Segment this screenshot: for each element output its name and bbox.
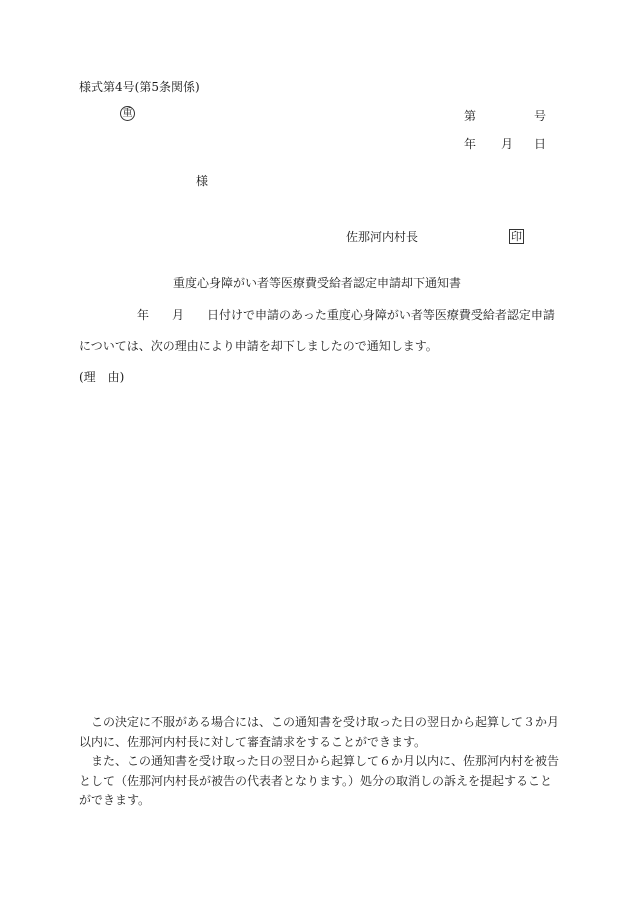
notice-line: として（佐那河内村長が被告の代表者となります。）処分の取消しの訴えを提起すること — [79, 772, 549, 792]
addressee-honorific: 様 — [196, 175, 208, 187]
circled-mark-icon: 重 — [120, 106, 135, 121]
reason-label: (理 由) — [79, 371, 124, 383]
notice-line: 以内に、佐那河内村長に対して審査請求をすることができます。 — [79, 733, 549, 753]
date-year-label: 年 — [464, 138, 476, 150]
doc-number-prefix: 第 — [464, 110, 476, 122]
body-text-line-1: 日付けで申請のあった重度心身障がい者等医療費受給者認定申請 — [207, 309, 555, 321]
body-year-label: 年 — [137, 309, 149, 321]
date-day-label: 日 — [534, 138, 546, 150]
doc-number-suffix: 号 — [534, 110, 546, 122]
notice-line: この決定に不服がある場合には、この通知書を受け取った日の翌日から起算して３か月 — [79, 713, 549, 733]
date-month-label: 月 — [501, 138, 513, 150]
body-month-label: 月 — [172, 309, 184, 321]
seal-icon: 印 — [509, 229, 524, 244]
body-text-line-2: については、次の理由により申請を却下しましたので通知します。 — [79, 340, 438, 352]
appeal-notice: この決定に不服がある場合には、この通知書を受け取った日の翌日から起算して３か月 … — [79, 713, 549, 811]
sender-name: 佐那河内村長 — [346, 231, 418, 243]
notice-line: ができます。 — [79, 791, 549, 811]
notice-line: また、この通知書を受け取った日の翌日から起算して６か月以内に、佐那河内村を被告 — [79, 752, 549, 772]
document-title: 重度心身障がい者等医療費受給者認定申請却下通知書 — [173, 277, 461, 289]
form-number: 様式第4号(第5条関係) — [79, 81, 200, 93]
